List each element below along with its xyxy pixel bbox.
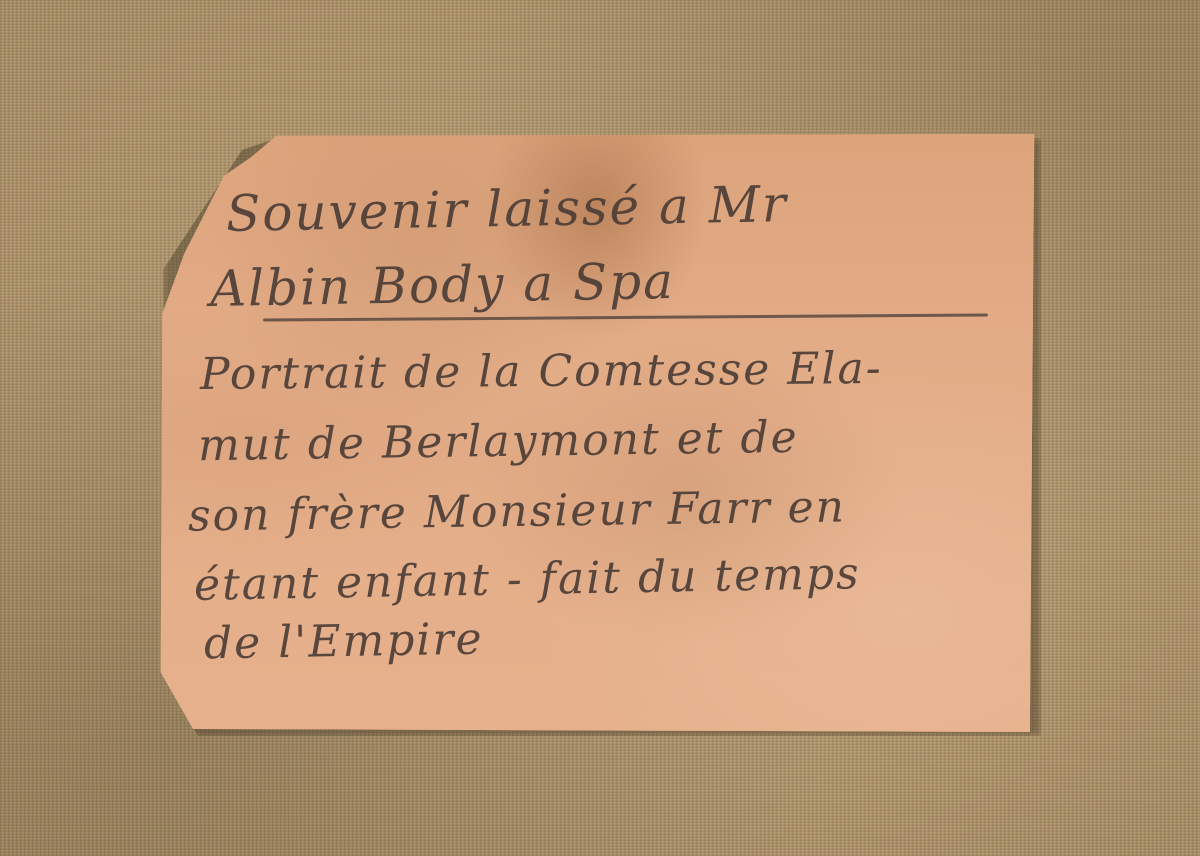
handwritten-note: Souvenir laissé a Mr Albin Body a Spa Po… [158, 134, 1036, 732]
heading-line-2: Albin Body a Spa [210, 252, 676, 318]
body-line-5: de l'Empire [204, 614, 484, 670]
body-line-1: Portrait de la Comtesse Ela- [200, 343, 883, 400]
body-line-2: mut de Berlaymont et de [198, 412, 799, 471]
body-line-4: étant enfant - fait du temps [194, 548, 861, 611]
body-line-3: son frère Monsieur Farr en [188, 481, 847, 541]
heading-line-1: Souvenir laissé a Mr [226, 175, 789, 243]
